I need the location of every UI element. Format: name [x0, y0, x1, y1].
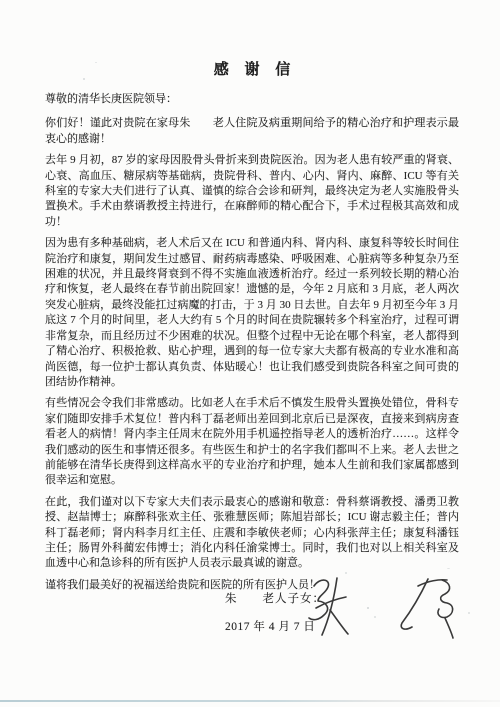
salutation: 尊敬的清华长庚医院领导：: [45, 92, 459, 107]
paper-speck: [345, 572, 347, 574]
paper-speck: [83, 78, 85, 80]
letter-body: 感 谢 信 尊敬的清华长庚医院领导： 你们好！谨此对贵院在家母朱 老人住院及病重…: [45, 58, 459, 599]
paragraph-admission: 去年 9 月初，87 岁的家母因股骨头骨折来到贵院医治。因为老人患有较严重的肾衰…: [45, 153, 459, 230]
handwritten-signature-1: [309, 578, 348, 635]
handwritten-signature-2: [401, 579, 453, 638]
paper-speck: [447, 568, 450, 569]
paragraph-treatment-course: 因为患有多种基础病，老人术后又在 ICU 和普通内科、肾内科、康复科等较长时间住…: [45, 236, 459, 390]
scanned-letter-page: 感 谢 信 尊敬的清华长庚医院领导： 你们好！谨此对贵院在家母朱 老人住院及病重…: [0, 0, 500, 707]
handwritten-signatures: [290, 570, 470, 650]
paper-speck: [367, 607, 369, 609]
paragraph-greeting: 你们好！谨此对贵院在家母朱 老人住院及病重期间给予的精心治疗和护理表示最衷心的感…: [45, 116, 459, 147]
paper-speck: [374, 616, 376, 618]
paper-speck: [95, 62, 97, 63]
paragraph-acknowledgements: 在此，我们谨对以下专家大夫们表示最衷心的感谢和敬意：骨科蔡谞教授、潘勇卫教授、赵…: [45, 495, 459, 572]
scanner-edge-line: [0, 700, 500, 702]
paper-speck: [468, 612, 470, 614]
letter-title: 感 谢 信: [45, 58, 459, 79]
paragraph-touching-moments: 有些情况会令我们非常感动。比如老人在手术后不慎发生股骨头置换处错位，骨科专家们随…: [45, 396, 459, 488]
